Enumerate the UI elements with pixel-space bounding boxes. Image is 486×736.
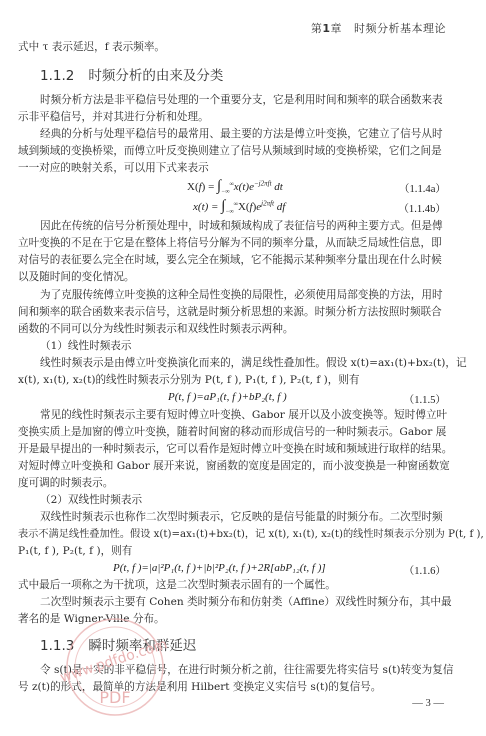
document-page: 第1章 时频分析基本理论 式中 τ 表示延迟，f 表示频率。 1.1.2时频分析… — [0, 0, 486, 736]
paragraph-line: 变换实质上是加窗的傅立叶变换，随着时间窗的移动而形成信号的一种时频表示。Gabo… — [18, 426, 458, 439]
paragraph-line: 函数的不同可以分为线性时频表示和双线性时频表示两种。 — [18, 323, 458, 336]
paragraph-line: 著名的是 Wigner-Ville 分布。 — [18, 613, 458, 626]
paragraph-line: 为了克服传统傅立叶变换的这种全局性变换的局限性，必须使用局部变换的方法，用时 — [40, 289, 458, 302]
paragraph-line: 域到频域的变换桥梁，而傅立叶反变换则建立了信号从频域到时域的变换桥梁，它们之间是 — [18, 145, 458, 158]
paragraph-line: 常见的线性时频表示主要有短时傅立叶变换、Gabor 展开以及小波变换等。短时傅立… — [40, 409, 458, 422]
subsection-label: （2）双线性时频表示 — [40, 494, 458, 507]
page-number: — 3 — — [412, 698, 444, 709]
paragraph-line: 开是最早提出的一种时频表示，它可以看作是短时傅立叶变换在时域和频域进行取样的结果… — [18, 443, 458, 456]
chapter-title: 时频分析基本理论 — [354, 22, 446, 35]
paragraph-line: 双线性时频表示也称作二次型时频表示，它反映的是信号能量的时频分布。二次型时频 — [40, 511, 458, 524]
paragraph-line: P₁(t, f ), P₂(t, f )，则有 — [18, 545, 458, 558]
equation-1-1-4a: X(f) = ∫−∞∞x(t)e−j2πft dt — [187, 178, 283, 195]
paragraph-line: 以及随时间的变化情况。 — [18, 271, 458, 284]
equation-1-1-4b: x(t) = ∫−∞∞X(f)ej2πft df — [193, 198, 285, 215]
paragraph-line: 号 z(t)的形式，最简单的方法是利用 Hilbert 变换定义实信号 s(t)… — [18, 681, 348, 694]
paragraph-line: 因此在传统的信号分析预处理中，时域和频域构成了表征信号的两种主要方式。但是傅 — [40, 220, 458, 233]
section-number: 1.1.2 — [40, 68, 74, 84]
text-line: 式中 τ 表示延迟，f 表示频率。 — [18, 41, 458, 54]
chapter-suffix: 章 — [331, 22, 343, 35]
equation-number: （1.1.6） — [404, 563, 446, 578]
section-heading-1-1-2: 1.1.2时频分析的由来及分类 — [40, 64, 223, 84]
paragraph-line: 时频分析方法是非平稳信号处理的一个重要分支，它是利用时间和频率的联合函数来表 — [40, 94, 458, 107]
paragraph-line: 立叶变换的不足在于它是在整体上将信号分解为不同的频率分量，从而缺乏局域性信息，即 — [18, 237, 458, 250]
paragraph-line: 经典的分析与处理平稳信号的最常用、最主要的方法是傅立叶变换，它建立了信号从时 — [40, 128, 458, 141]
paragraph-line: 度可调的时频表示。 — [18, 477, 458, 490]
running-header: 第1章 时频分析基本理论 — [311, 20, 446, 36]
paragraph-line: 表示不满足线性叠加性。假设 x(t)=ax₁(t)+bx₂(t)，记 x(t),… — [18, 528, 458, 541]
paragraph-line: 式中最后一项称之为干扰项，这是二次型时频表示固有的一个属性。 — [18, 579, 458, 592]
equation-number: （1.1.5） — [404, 392, 446, 407]
subsection-label: （1）线性时频表示 — [40, 340, 458, 353]
paragraph-line: 二次型时频表示主要有 Cohen 类时频分布和仿射类（Affine）双线性时频分… — [40, 596, 458, 609]
equation-number: （1.1.4a） — [399, 181, 446, 196]
equation-1-1-6: P(t, f )=|a|²P₁(t, f )+|b|²P₂(t, f )+2R[… — [113, 562, 326, 574]
paragraph-line: 对短时傅立叶变换和 Gabor 展开来说，窗函数的宽度是固定的，而小波变换是一种… — [18, 460, 458, 473]
equation-number: （1.1.4b） — [398, 201, 446, 216]
chapter-number: 1 — [322, 22, 330, 35]
paragraph-line: 示非平稳信号，并对其进行分析和处理。 — [18, 111, 458, 124]
paragraph-line: 令 s(t)是一实的非平稳信号，在进行时频分析之前，往往需要先将实信号 s(t)… — [40, 664, 458, 677]
paragraph-line: 对信号的表征要么完全在时域，要么完全在频域，它不能揭示某种频率分量出现在什么时候 — [18, 254, 458, 267]
section-title: 时频分析的由来及分类 — [88, 68, 223, 84]
equation-1-1-5: P(t, f )=aP₁(t, f )+bP₂(t, f ) — [168, 391, 287, 403]
section-number: 1.1.3 — [40, 638, 74, 654]
paragraph-line: 线性时频表示是由傅立叶变换演化而来的，满足线性叠加性。假设 x(t)=ax₁(t… — [40, 357, 458, 370]
paragraph-line: x(t), x₁(t), x₂(t)的线性时频表示分别为 P(t, f ), P… — [18, 374, 458, 387]
section-heading-1-1-3: 1.1.3瞬时频率和群延迟 — [40, 634, 196, 654]
section-title: 瞬时频率和群延迟 — [88, 638, 196, 654]
paragraph-line: 一一对应的映射关系，可以用下式来表示 — [18, 162, 458, 175]
paragraph-line: 间和频率的联合函数来表示信号，这就是时频分析思想的来源。时频分析方法按照时频联合 — [18, 306, 458, 319]
chapter-prefix: 第 — [311, 22, 323, 35]
